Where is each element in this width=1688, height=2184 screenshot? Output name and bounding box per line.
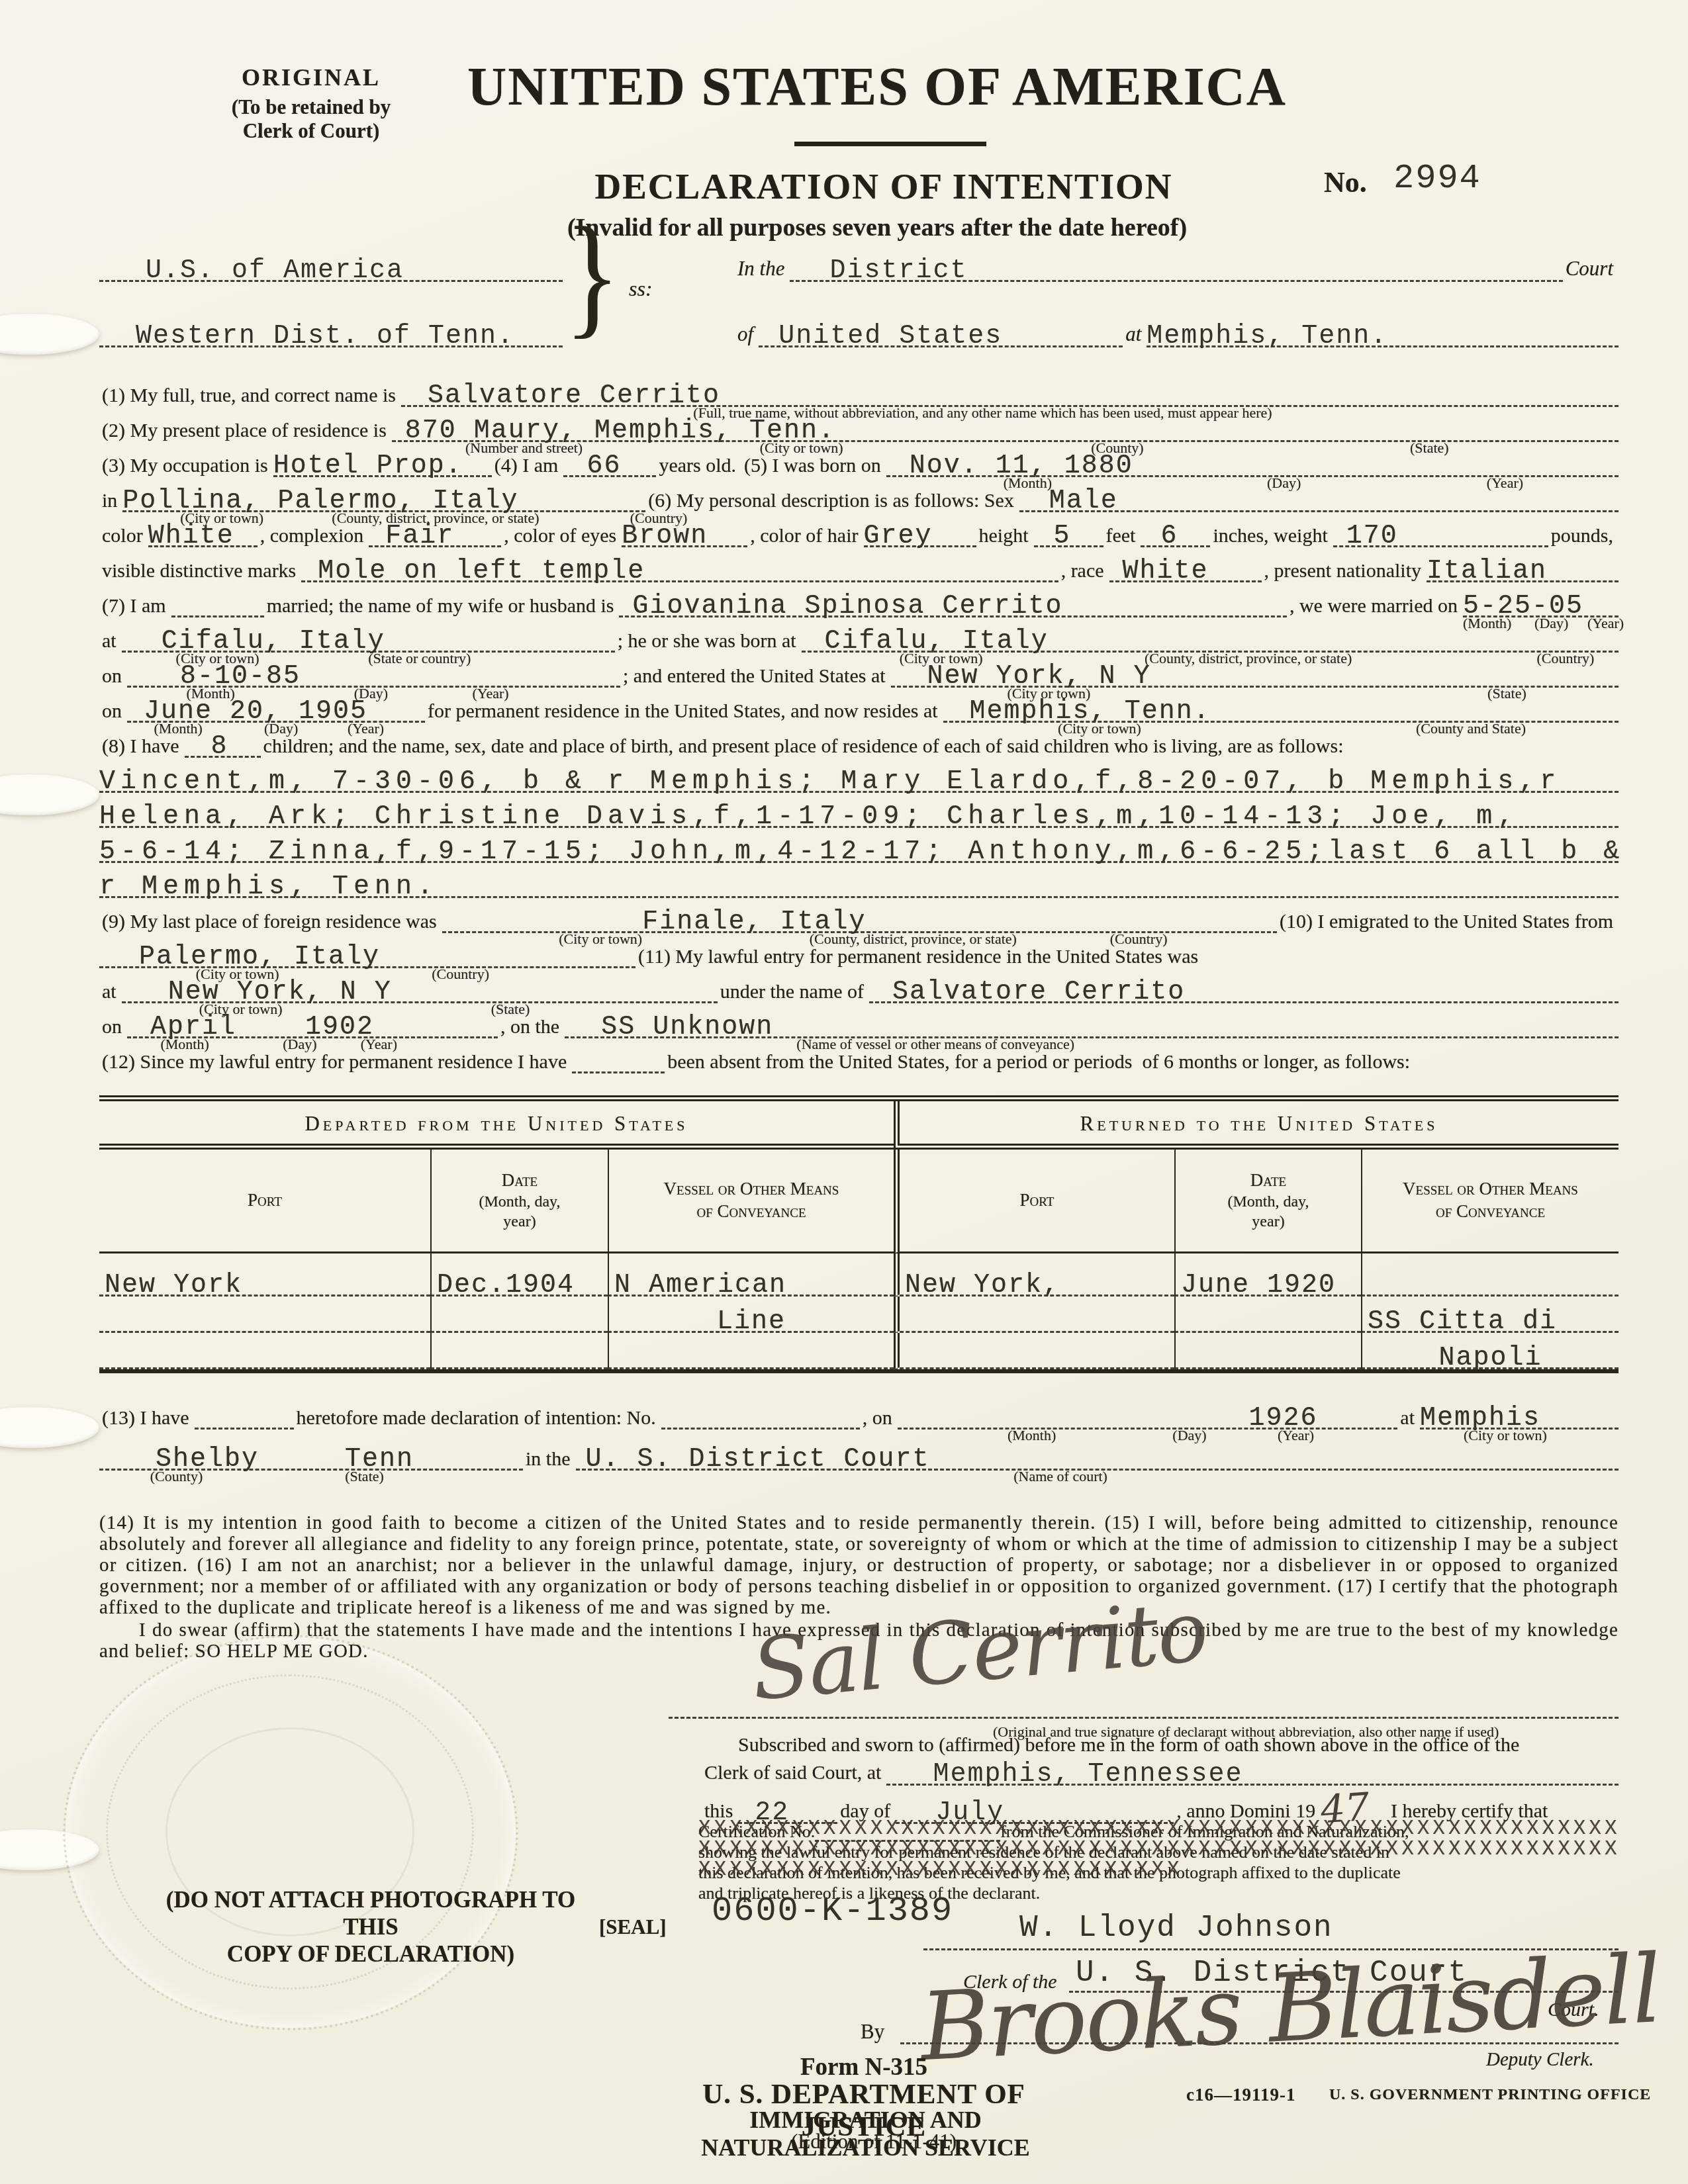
- date-sub1: (Month, day,: [433, 1192, 606, 1212]
- children-value-4: r Memphis, Tenn.: [99, 874, 438, 901]
- brace-icon: }: [564, 197, 620, 353]
- col-port-right: Port: [894, 1150, 1174, 1253]
- cell-returned-vessel: [1361, 1253, 1618, 1297]
- children-value-2: Helena, Ark; Christine Davis,f,1-17-09; …: [99, 804, 1519, 831]
- children-count-label: (8) I have: [99, 737, 185, 758]
- marks-label: visible distinctive marks: [99, 561, 301, 582]
- complexion-value: Fair: [385, 523, 454, 550]
- color-label: color: [99, 526, 148, 547]
- occupation-label: (3) My occupation is: [99, 456, 273, 477]
- cell-empty: [894, 1297, 1174, 1333]
- vessel-line1: Vessel or Other Means: [610, 1178, 892, 1201]
- sworn-place-value: Memphis, Tennessee: [933, 1762, 1243, 1788]
- race-label: , race: [1058, 561, 1109, 582]
- col-date-right: Date (Month, day, year): [1174, 1150, 1361, 1253]
- spouse-entered-label: ; and entered the United States at: [620, 666, 891, 688]
- children-line-1: Vincent,m, 7-30-06, b & r Memphis; Mary …: [99, 758, 1618, 793]
- eyes-label: , color of eyes: [501, 526, 622, 547]
- court-of-value: United States: [778, 324, 1002, 350]
- item-spouse-entry-date: on June 20, 1905 (Month) (Day) (Year) fo…: [99, 688, 1618, 723]
- date-sub2: year): [433, 1212, 606, 1232]
- item-spouse-birthdate: on 8-10-85 (Month) (Day) (Year) ; and en…: [99, 653, 1618, 688]
- original-block: ORIGINAL (To be retained by Clerk of Cou…: [165, 64, 457, 143]
- item-2-label: (2) My present place of residence is: [99, 421, 392, 442]
- children-value-3: 5-6-14; Zinna,f,9-17-15; John,m,4-12-17;…: [99, 839, 1624, 866]
- table-left-title: Departed from the United States: [99, 1101, 894, 1150]
- item-2: (2) My present place of residence is 870…: [99, 407, 1618, 442]
- no-photo-line2: COPY OF DECLARATION): [152, 1940, 589, 1968]
- declaration-no-label: heretofore made declaration of intention…: [294, 1408, 661, 1430]
- at-label: at: [1397, 1408, 1420, 1430]
- on-label: on: [99, 666, 127, 688]
- clerk-at-line: Clerk of said Court, at Memphis, Tenness…: [702, 1747, 1618, 1786]
- spouse-label: married; the name of my wife or husband …: [264, 596, 620, 617]
- punch-hole: [0, 314, 99, 355]
- strikeout-x-row-3: XXXXXXXXXXXXXXXXXXXXXXXXXXXXXXXX: [698, 1858, 1182, 1882]
- item-3-4-5: (3) My occupation is Hotel Prop. (4) I a…: [99, 442, 1618, 477]
- venue-right: In the District Court of United States a…: [735, 218, 1618, 347]
- item-12: (12) Since my lawful entry for permanent…: [99, 1038, 1618, 1073]
- hair-label: , color of hair: [747, 526, 863, 547]
- race-value: White: [1123, 559, 1209, 585]
- item-11: Palermo, Italy (City or town) (Country) …: [99, 933, 1618, 968]
- entry-name-value: Salvatore Cerrito: [892, 979, 1185, 1006]
- form-number: Form N-315: [788, 2053, 940, 2081]
- occupation-value: Hotel Prop.: [273, 453, 463, 480]
- children-count-value: 8: [211, 734, 228, 760]
- item-13-section: (13) I have heretofore made declaration …: [99, 1393, 1618, 1471]
- cell-returned-vessel-3: Napoli: [1361, 1333, 1618, 1369]
- item-entry-date: on April 1902 (Month) (Day) (Year) , on …: [99, 1003, 1618, 1038]
- height-feet-value: 5: [1054, 523, 1071, 550]
- cell-departed-port: New York: [99, 1253, 430, 1297]
- venue-left-line1: U.S. of America: [146, 258, 404, 285]
- date-sub2: year): [1177, 1212, 1360, 1232]
- on-the-label: , on the: [498, 1017, 565, 1038]
- item-entry-port: at New York, N Y (City or town) (State) …: [99, 968, 1618, 1003]
- in-label: in: [99, 491, 122, 512]
- by-label: By: [861, 2020, 884, 2044]
- cell-departed-date: Dec.1904: [430, 1253, 608, 1297]
- vessel-line1: Vessel or Other Means: [1364, 1178, 1617, 1201]
- lawful-entry-label: (11) My lawful entry for permanent resid…: [635, 947, 1203, 968]
- punch-hole: [0, 1407, 99, 1448]
- voyages-table: Departed from the United States Returned…: [99, 1095, 1618, 1373]
- item-marriage-place: at Cifalu, Italy (City or town) (State o…: [99, 617, 1618, 653]
- nationality-value: Italian: [1427, 559, 1547, 585]
- on-label: on: [99, 1017, 127, 1038]
- deputy-clerk-label: Deputy Clerk.: [1486, 2049, 1594, 2071]
- under-name-label: under the name of: [718, 982, 869, 1003]
- prior-declaration-label: (13) I have: [99, 1408, 195, 1430]
- title-rule: [794, 142, 986, 146]
- children-detail-label: children; and the name, sex, date and pl…: [261, 737, 1349, 758]
- declaration-of-intention-document: ORIGINAL (To be retained by Clerk of Cou…: [0, 0, 1688, 2184]
- number-label: No.: [1324, 165, 1367, 199]
- ss-label: ss:: [629, 277, 653, 301]
- venue-left-line2: Western Dist. of Tenn.: [136, 324, 514, 350]
- complexion-label: , complexion: [258, 526, 369, 547]
- at-label: at: [99, 631, 122, 653]
- date-word: Date: [1177, 1169, 1360, 1192]
- children-line-3: 5-6-14; Zinna,f,9-17-15; John,m,4-12-17;…: [99, 828, 1618, 863]
- edition-label: (Edition of 11-1-41): [778, 2130, 970, 2154]
- hair-value: Grey: [864, 523, 933, 550]
- no-photo-line1: (DO NOT ATTACH PHOTOGRAPH TO THIS: [152, 1886, 589, 1940]
- cell-empty: [430, 1297, 608, 1333]
- vessel-value: SS Unknown: [601, 1015, 773, 1041]
- of-label: of: [735, 322, 759, 347]
- full-name-value: Salvatore Cerrito: [428, 383, 720, 410]
- oath-paragraph: (14) It is my intention in good faith to…: [99, 1512, 1618, 1618]
- in-the-label: in the: [523, 1449, 576, 1471]
- children-value-1: Vincent,m, 7-30-06, b & r Memphis; Mary …: [99, 769, 1561, 796]
- seal-label: [SEAL]: [599, 1915, 667, 1939]
- col-date-left: Date (Month, day, year): [430, 1150, 608, 1253]
- form-items: (1) My full, true, and correct name is S…: [99, 372, 1618, 1073]
- number-value: 2994: [1393, 161, 1481, 196]
- vessel-line2: of Conveyance: [1364, 1201, 1617, 1223]
- gpo-label: U. S. GOVERNMENT PRINTING OFFICE: [1329, 2086, 1651, 2104]
- in-the-label: In the: [735, 257, 790, 282]
- caption-state: (State): [345, 1469, 384, 1484]
- pounds-label: pounds,: [1548, 526, 1618, 547]
- sex-label: (6) My personal description is as follow…: [645, 491, 1019, 512]
- feet-label: feet: [1103, 526, 1141, 547]
- page-title: UNITED STATES OF AMERICA: [437, 56, 1317, 118]
- venue-left: U.S. of America Western Dist. of Tenn.: [99, 218, 563, 347]
- emigrated-from-label: (10) I emigrated to the United States fr…: [1277, 912, 1618, 933]
- item-1-label: (1) My full, true, and correct name is: [99, 386, 401, 407]
- cell-empty: [99, 1333, 430, 1369]
- item-13-line1: (13) I have heretofore made declaration …: [99, 1393, 1618, 1430]
- at-label: at: [99, 982, 122, 1003]
- court-type-value: District: [829, 258, 967, 285]
- by-line: [900, 2042, 1618, 2044]
- court-place-value: Memphis, Tenn.: [1147, 324, 1387, 350]
- married-on-label: , we were married on: [1287, 596, 1463, 617]
- cell-returned-port: New York,: [894, 1253, 1174, 1297]
- retained-note-line1: (To be retained by: [165, 95, 457, 119]
- caption-county: (County): [150, 1469, 203, 1484]
- cell-returned-date: June 1920: [1174, 1253, 1361, 1297]
- spouse-born-label: ; he or she was born at: [615, 631, 802, 653]
- col-port-left: Port: [99, 1150, 430, 1253]
- now-resides-label: for permanent residence in the United St…: [425, 702, 943, 723]
- absent-label-2: been absent from the United States, for …: [665, 1052, 1415, 1073]
- date-word: Date: [433, 1169, 606, 1192]
- form-title: DECLARATION OF INTENTION: [516, 165, 1251, 207]
- table-right-title: Returned to the United States: [894, 1101, 1618, 1150]
- married-label: (7) I am: [99, 596, 171, 617]
- children-line-4: r Memphis, Tenn.: [99, 863, 1618, 898]
- original-label: ORIGINAL: [165, 64, 457, 91]
- height-inches-value: 6: [1160, 523, 1178, 550]
- absent-label-1: (12) Since my lawful entry for permanent…: [99, 1052, 572, 1073]
- nationality-label: , present nationality: [1262, 561, 1427, 582]
- age-label: (4) I am: [492, 456, 564, 477]
- color-value: White: [148, 523, 234, 550]
- retained-note-line2: Clerk of Court): [165, 119, 457, 143]
- col-vessel-right: Vessel or Other Means of Conveyance: [1361, 1150, 1618, 1253]
- item-marks: visible distinctive marks Mole on left t…: [99, 547, 1618, 582]
- weight-label: inches, weight: [1210, 526, 1333, 547]
- cell-empty: [608, 1333, 894, 1369]
- cell-empty: [1174, 1297, 1361, 1333]
- clerk-of-court-label: Clerk of said Court, at: [702, 1762, 886, 1786]
- col-vessel-left: Vessel or Other Means of Conveyance: [608, 1150, 894, 1253]
- foreign-residence-label: (9) My last place of foreign residence w…: [99, 912, 442, 933]
- file-number: 0600-K-1389: [712, 1894, 953, 1929]
- vessel-line2: of Conveyance: [610, 1201, 892, 1223]
- eyes-value: Brown: [622, 523, 708, 550]
- item-birthplace-6: in Pollina, Palermo, Italy (City or town…: [99, 477, 1618, 512]
- clerk-name: W. Lloyd Johnson: [1019, 1913, 1333, 1943]
- cell-returned-vessel-2: SS Citta di: [1361, 1297, 1618, 1333]
- at-label: at: [1123, 322, 1147, 347]
- cell-empty: [1174, 1333, 1361, 1369]
- cell-departed-vessel-2: Line: [608, 1297, 894, 1333]
- no-photograph-stamp: (DO NOT ATTACH PHOTOGRAPH TO THIS COPY O…: [152, 1886, 589, 1968]
- item-9-10: (9) My last place of foreign residence w…: [99, 898, 1618, 933]
- item-description: color White , complexion Fair , color of…: [99, 512, 1618, 547]
- marks-value: Mole on left temple: [318, 559, 645, 585]
- prior-declaration-court: U. S. District Court: [586, 1447, 930, 1473]
- item-8: (8) I have 8 children; and the name, sex…: [99, 723, 1618, 758]
- children-line-2: Helena, Ark; Christine Davis,f,1-17-09; …: [99, 793, 1618, 828]
- punch-hole: [0, 774, 99, 815]
- on-label: on: [99, 702, 127, 723]
- spouse-name-value: Giovanina Spinosa Cerrito: [632, 594, 1062, 620]
- date-sub1: (Month, day,: [1177, 1192, 1360, 1212]
- born-on-label: (5) I was born on: [741, 456, 886, 477]
- years-old-label: years old.: [656, 456, 741, 477]
- court-word: Court: [1563, 257, 1618, 282]
- item-13-line2: ShelbyTenn (County) (State) in the U. S.…: [99, 1430, 1618, 1471]
- item-7: (7) I am married; the name of my wife or…: [99, 582, 1618, 617]
- age-value: 66: [586, 453, 621, 480]
- cell-empty: [99, 1297, 430, 1333]
- weight-value: 170: [1346, 523, 1398, 550]
- cell-empty: [430, 1333, 608, 1369]
- sex-value: Male: [1049, 488, 1118, 515]
- on-label: , on: [860, 1408, 898, 1430]
- print-code: c16—19119-1: [1186, 2085, 1296, 2105]
- height-label: height: [976, 526, 1034, 547]
- cell-departed-vessel: N American: [608, 1253, 894, 1297]
- item-1: (1) My full, true, and correct name is S…: [99, 372, 1618, 407]
- signature-line: [669, 1717, 1618, 1719]
- caption-court: (Name of court): [1013, 1469, 1107, 1484]
- cell-empty: [894, 1333, 1174, 1369]
